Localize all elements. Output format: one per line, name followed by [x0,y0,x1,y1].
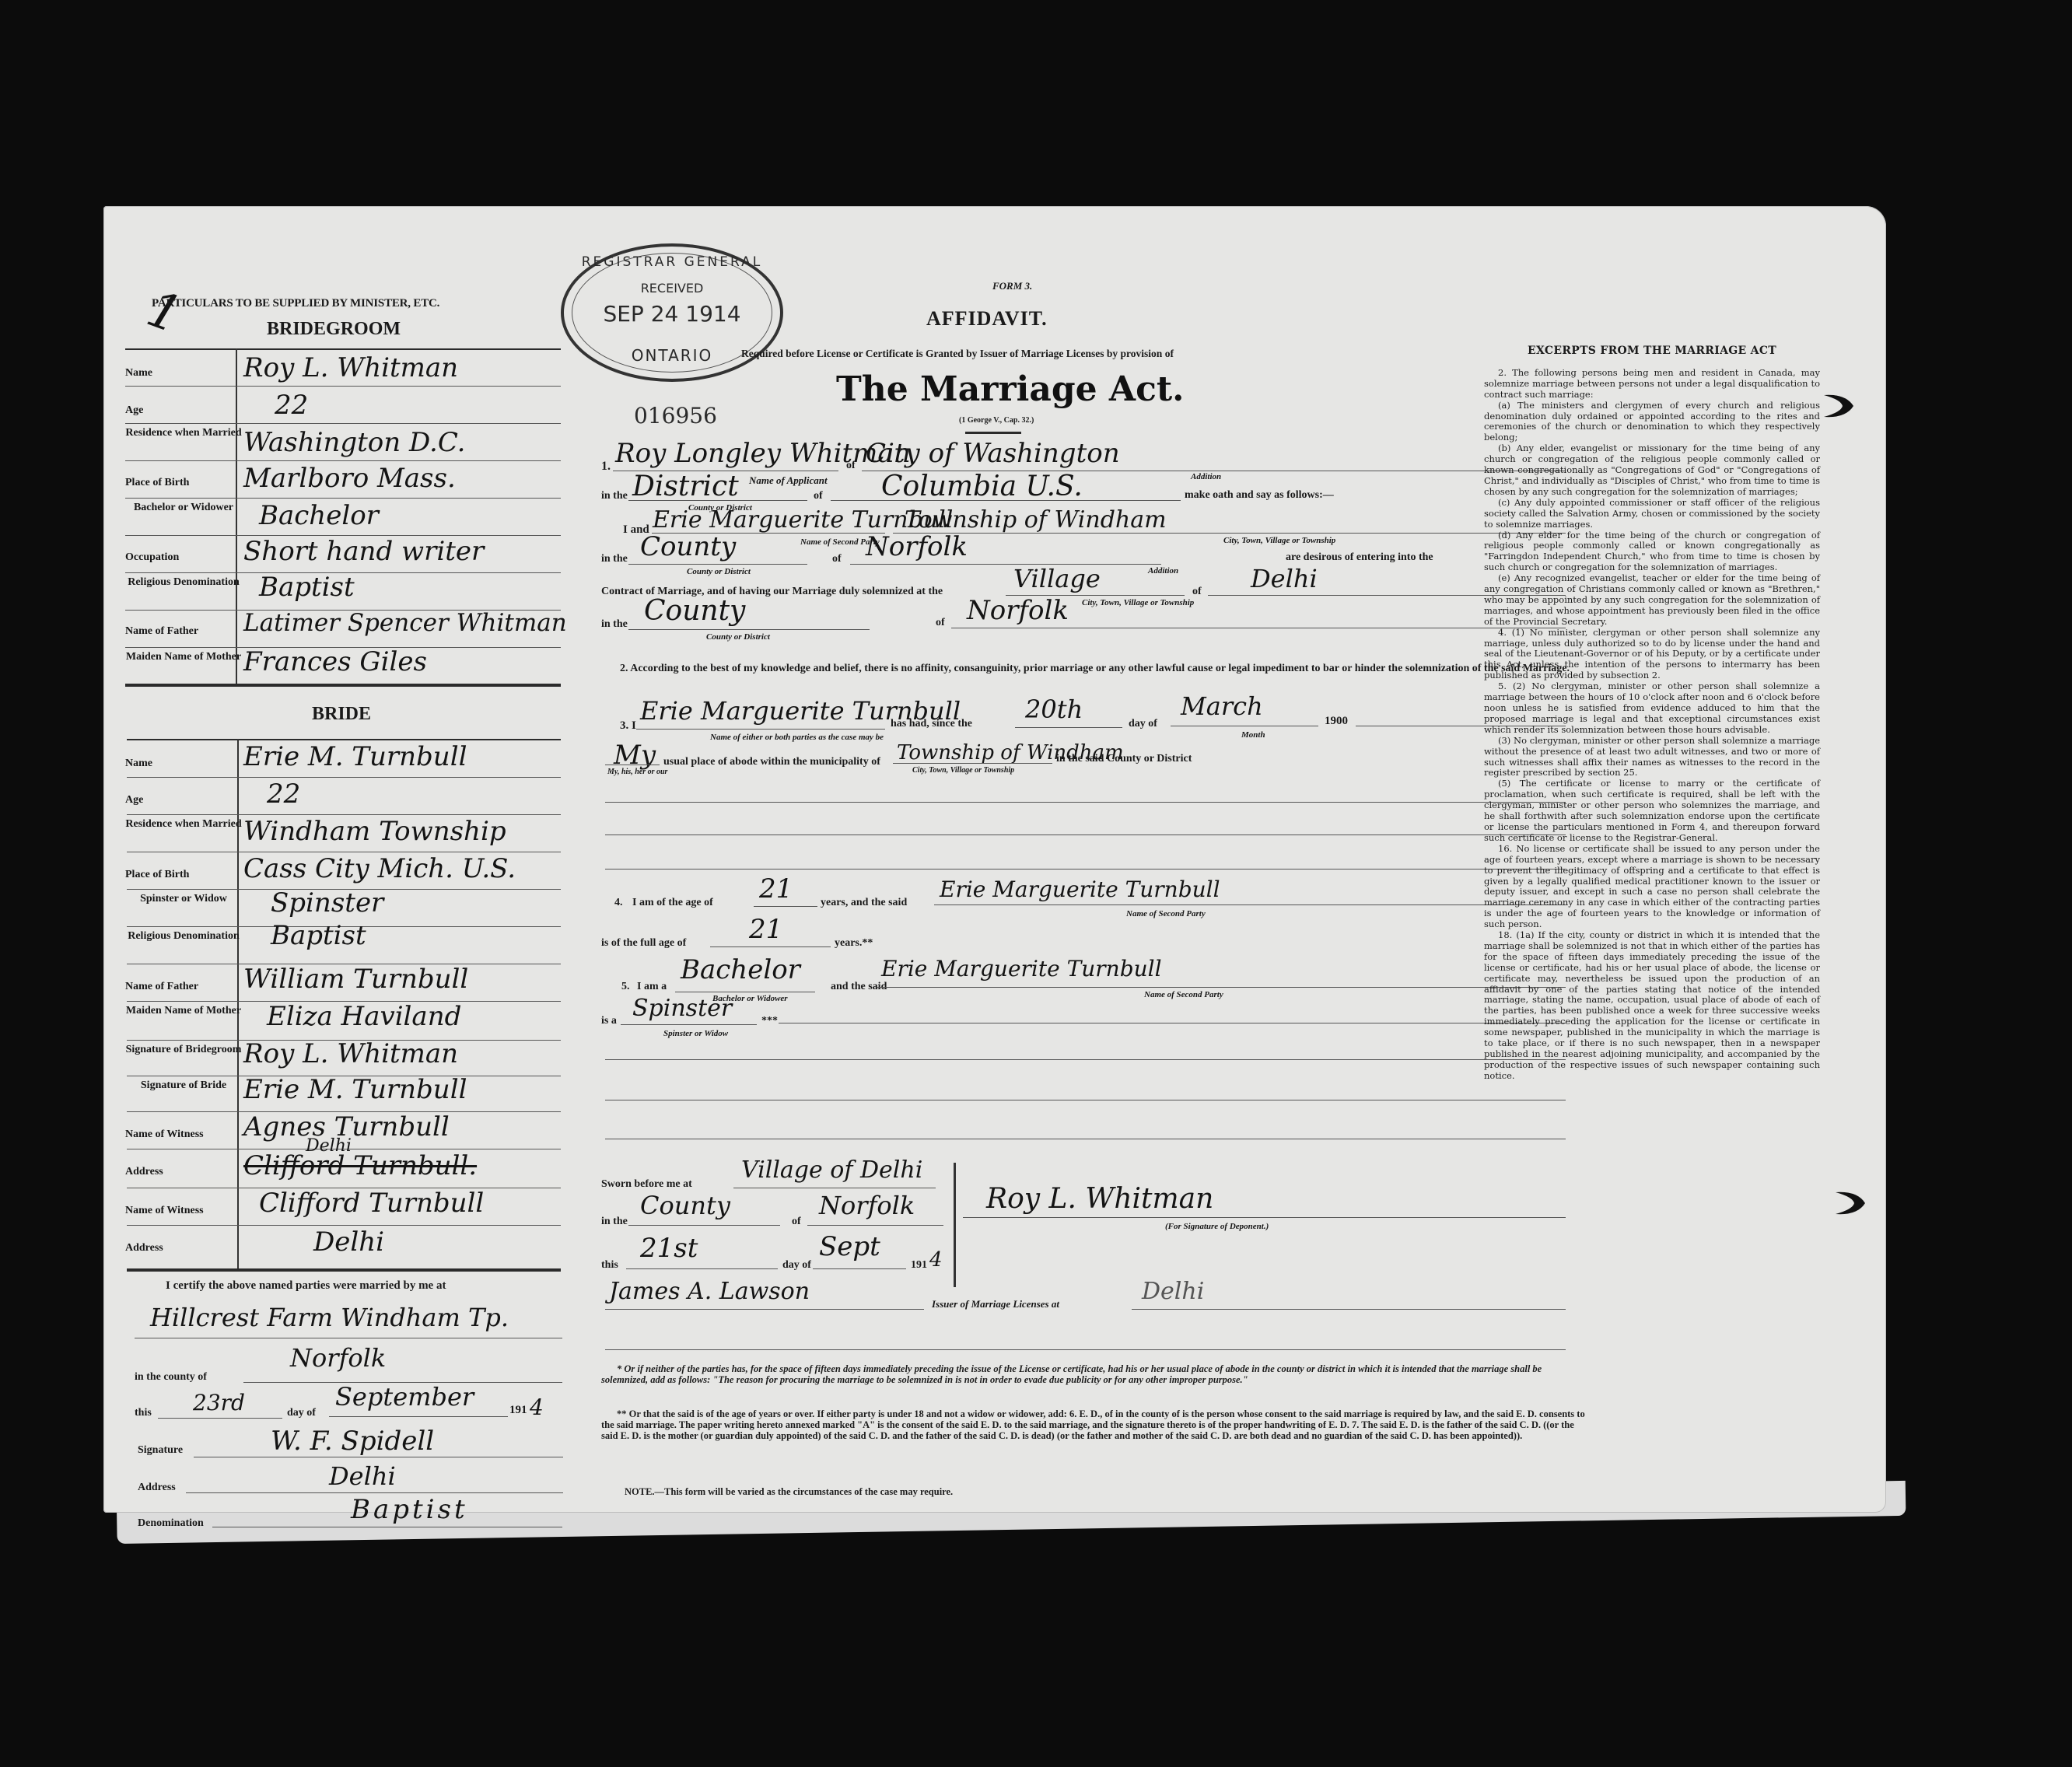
deponent-caption: (For Signature of Deponent.) [1165,1222,1269,1231]
divider [212,1527,562,1527]
clause-4-second-party: Erie Marguerite Turnbull [940,877,1220,902]
sworn-year-prefix: 191 [911,1259,927,1272]
officiant-signature: W. F. Spidell [271,1426,434,1457]
act-citation: (1 George V., Cap. 32.) [959,416,1034,425]
bridegroom-mother-value: Frances Giles [243,646,427,677]
excerpt-paragraph: 5. (2) No clergyman, minister or other p… [1484,681,1820,736]
of-label: of [792,1216,801,1228]
divider [605,835,1566,835]
officiant-signature-label: Signature [138,1444,183,1457]
divider [831,500,1181,501]
place-caption: City, Town, Village or Township [1223,536,1335,545]
divider [186,1492,563,1493]
bride-section-title: BRIDE [312,704,371,725]
second-party-county-name: Norfolk [866,531,968,562]
bride-religion-label: Religious Denomination [125,930,242,942]
witness1-name-label: Name of Witness [125,1128,242,1140]
marriage-affidavit-sheet: 1 PARTICULARS TO BE SUPPLIED BY MINISTER… [103,206,1886,1513]
sworn-year-suffix: 4 [929,1248,943,1272]
bridegroom-mother-label: Maiden Name of Mother [125,651,242,663]
excerpts-title: EXCERPTS FROM THE MARRIAGE ACT [1484,346,1820,357]
divider [605,1349,1566,1350]
divider [893,533,1566,534]
divider [127,852,561,852]
bridegroom-age-label: Age [125,404,242,416]
bridegroom-status-label: Bachelor or Widower [125,502,242,513]
officiant-address: Delhi [329,1461,396,1491]
issuer-signature: James A. Lawson [609,1278,810,1305]
in-the-label: in the [601,490,628,502]
excerpt-paragraph: 18. (1a) If the city, county or district… [1484,930,1820,1082]
bridegroom-occupation-label: Occupation [125,551,242,563]
divider [605,1100,1566,1100]
divider [605,1139,1566,1139]
divider [628,500,807,501]
excerpt-paragraph: 2. The following persons being men and r… [1484,368,1820,401]
certification-statement: I certify the above named parties were m… [166,1279,446,1293]
form-label: FORM 3. [992,280,1032,292]
solemnization-place-name: Delhi [1251,564,1318,593]
month-caption: Month [1241,730,1265,740]
witness2-address-value: Delhi [313,1226,384,1258]
bride-father-value: William Turnbull [243,964,468,995]
bride-birthplace-label: Place of Birth [125,869,242,880]
clause-5-text-c: is a [601,1015,617,1027]
registration-number: 016956 [634,403,717,429]
marriage-place: Hillcrest Farm Windham Tp. [150,1303,509,1332]
applicant-age: 21 [759,873,793,904]
clause-5-text-a: I am a [637,981,667,993]
witness2-name-label: Name of Witness [125,1205,242,1216]
pronoun-caption: My, his, her or our [607,768,667,776]
clause-2-text: 2. According to the best of my knowledge… [601,662,1573,676]
clause-1-number: 1. [601,460,611,474]
binder-clip-mark-icon [1822,389,1857,423]
act-title: The Marriage Act. [836,369,1185,409]
bridegroom-age-value: 22 [275,390,308,421]
bride-age-label: Age [125,794,242,806]
footnote-double-asterisk: ** Or that the said is of the age of yea… [601,1408,1585,1441]
of-label: of [832,553,842,565]
sworn-month: Sept [819,1231,880,1262]
clause-3-pronoun: My [614,740,656,771]
particulars-header: PARTICULARS TO BE SUPPLIED BY MINISTER, … [152,297,439,310]
bride-residence-label: Residence when Married [125,818,242,830]
clause-4-text-a: I am of the age of [632,897,713,909]
divider [125,348,561,350]
deponent-signature: Roy L. Whitman [986,1183,1213,1215]
affidavit-subtitle: Required before License or Certificate i… [741,348,1174,360]
excerpt-paragraph: (d) Any elder for the time being of the … [1484,530,1820,574]
marriage-county: Norfolk [290,1343,386,1373]
second-party-marital-status: Spinster [632,995,732,1022]
of-label: of [1192,586,1202,598]
sheet-number-mark: 1 [140,280,190,345]
sworn-county-name: Norfolk [819,1191,915,1220]
clause-3-abode-text: usual place of abode within the municipa… [663,756,880,768]
status-caption: Spinster or Widow [663,1029,728,1038]
witness2-name-value: Clifford Turnbull [259,1188,484,1219]
applicant-marital-status: Bachelor [681,954,800,985]
bride-mother-value: Eliza Haviland [267,1001,461,1032]
marriage-year-prefix: 191 [509,1404,527,1417]
bridegroom-birthplace-label: Place of Birth [125,477,242,488]
this-label: this [135,1407,152,1419]
marriage-month: September [335,1382,474,1412]
divider [125,386,561,387]
second-party-place: Township of Windham [905,506,1167,534]
divider [779,1023,1566,1023]
bride-signature-value: Erie M. Turnbull [243,1074,467,1105]
county-caption: County or District [706,632,770,642]
bride-name-label: Name [125,758,242,769]
addition-caption: Addition [1148,566,1178,576]
divider [135,1338,562,1338]
divider [636,729,885,730]
solemnization-caption: City, Town, Village or Township [1082,598,1194,607]
divider [605,1309,924,1310]
excerpt-paragraph: (c) Any duly appointed commissioner or s… [1484,498,1820,530]
excerpt-paragraph: (5) The certificate or license to marry … [1484,779,1820,843]
of-label: of [936,617,945,629]
footnote-single-asterisk: * Or if neither of the parties has, for … [601,1363,1585,1385]
bridegroom-residence-label: Residence when Married [125,427,242,439]
excerpt-paragraph: 4. (1) No minister, clergyman or other p… [1484,628,1820,682]
divider [127,1225,561,1226]
day-of-label: day of [1129,718,1157,730]
divider [1015,727,1122,728]
binder-clip-mark-icon [1834,1186,1868,1220]
divider [807,1225,943,1226]
county-label: in the county of [135,1371,207,1384]
bride-father-label: Name of Father [125,981,242,992]
marriage-act-excerpts: EXCERPTS FROM THE MARRIAGE ACT 2. The fo… [1484,346,1820,1082]
officiant-address-label: Address [138,1482,176,1494]
groom-signature-label: Signature of Bridegroom [125,1044,242,1055]
bridegroom-occupation-value: Short hand writer [243,536,484,567]
bridegroom-religion-label: Religious Denomination [125,576,242,588]
divider [158,1418,282,1419]
applicant-county-name: Columbia U.S. [881,471,1083,502]
clause-5-marks: *** [761,1015,778,1027]
excerpt-paragraph: (3) No clergyman, minister or other pers… [1484,736,1820,779]
county-caption: County or District [687,567,751,576]
witness1-address-label: Address [125,1166,242,1177]
solemnization-place-type: Village [1013,564,1101,593]
divider [1171,726,1318,726]
bride-age-value: 22 [267,779,300,810]
divider [127,814,561,815]
applicant-county-type: District [632,471,739,502]
divider [965,432,1021,434]
stamp-received-text: RECEIVED [564,281,780,296]
divider [675,992,815,992]
solemnization-county-name: Norfolk [967,595,1069,626]
witness2-address-label: Address [125,1242,242,1254]
divider [605,1059,1566,1060]
clause-3-number: 3. I [620,719,636,733]
bridegroom-status-value: Bachelor [259,500,379,531]
groom-signature-value: Roy L. Whitman [243,1038,458,1069]
residence-since-month: March [1181,691,1263,721]
excerpt-paragraph: (e) Any recognized evangelist, teacher o… [1484,573,1820,628]
clause-3-name-caption: Name of either or both parties as the ca… [710,733,884,742]
bridegroom-name-label: Name [125,367,242,379]
day-of-label: day of [782,1259,811,1272]
affidavit-title: AFFIDAVIT. [926,307,1048,331]
in-the-label: in the [601,553,628,565]
of-label: of [814,490,823,502]
in-the-label: in the [601,1216,628,1228]
divider [605,802,1566,803]
form-note: NOTE.—This form will be varied as the ci… [625,1486,1608,1497]
second-party-county-type: County [640,531,736,562]
bridegroom-religion-value: Baptist [259,572,355,603]
divider [877,987,1566,988]
divider [951,628,1566,628]
divider [850,564,1161,565]
divider [893,763,1052,764]
bride-status-value: Spinster [271,887,383,918]
sworn-place: Village of Delhi [741,1156,922,1184]
bridegroom-name-value: Roy L. Whitman [243,352,458,383]
issuer-place: Delhi [1142,1278,1204,1305]
bridegroom-section-title: BRIDEGROOM [267,319,401,340]
bridegroom-father-label: Name of Father [125,625,242,637]
divider [710,946,831,947]
divider [626,1268,778,1269]
excerpt-paragraph: (b) Any elder, evangelist or missionary … [1484,443,1820,498]
marriage-day: 23rd [193,1390,245,1415]
clause-3-tail-text: in the said County or District [1056,753,1192,765]
divider [125,498,561,499]
sworn-label: Sworn before me at [601,1178,692,1191]
divider [733,1188,936,1188]
registrar-received-stamp: REGISTRAR GENERAL RECEIVED SEP 24 1914 O… [561,243,783,382]
clause-4-text-b: years, and the said [821,897,907,909]
divider [125,460,561,461]
divider [125,684,561,687]
divider [194,1457,563,1457]
officiant-denomination-label: Denomination [138,1517,204,1530]
second-party-caption: Name of Second Party [1144,990,1223,999]
marriage-year-suffix: 4 [530,1394,544,1420]
sworn-day: 21st [640,1233,698,1264]
bridegroom-birthplace-value: Marlboro Mass. [243,463,456,494]
applicant-place: City of Washington [866,438,1120,469]
desirous-text: are desirous of entering into the [1286,551,1433,564]
oath-text: make oath and say as follows:— [1185,489,1334,502]
bride-birthplace-value: Cass City Mich. U.S. [243,853,516,884]
clause-5-second-party: Erie Marguerite Turnbull [881,956,1162,981]
divider [127,777,561,778]
officiant-denomination: Baptist [351,1494,468,1525]
divider [621,1024,757,1025]
addition-caption: Addition [1191,472,1221,481]
excerpt-paragraph: (a) The ministers and clergymen of every… [1484,401,1820,444]
excerpt-paragraph: 16. No license or certificate shall be i… [1484,844,1820,930]
divider [934,904,1566,905]
divider [329,1416,508,1417]
clause-4-number: 4. [614,897,623,909]
divider [754,906,817,907]
divider [605,869,1566,870]
bride-religion-value: Baptist [271,920,366,951]
divider [813,1268,906,1269]
municipality-caption: City, Town, Village or Township [912,766,1014,775]
divider [125,423,561,424]
residence-since-day: 20th [1025,695,1083,724]
stamp-top-text: REGISTRAR GENERAL [564,254,780,270]
bride-status-label: Spinster or Widow [125,893,242,904]
issuer-label: Issuer of Marriage Licenses at [932,1298,1059,1310]
sworn-county-type: County [640,1191,730,1220]
sworn-divider [954,1163,956,1287]
divider [1132,1309,1566,1310]
divider [628,564,807,565]
clause-3-has-text: has had, since the [891,718,972,730]
stamp-date: SEP 24 1914 [564,301,780,327]
bride-residence-value: Windham Township [243,816,506,847]
clause-4-text-c: is of the full age of [601,937,686,950]
of-label: of [846,460,856,472]
applicant-caption: Name of Applicant [749,474,828,487]
clause-4-text-d: years.** [835,937,873,950]
residence-since-year: 1900 [1325,715,1348,728]
second-party-age: 21 [749,914,782,945]
bride-mother-label: Maiden Name of Mother [125,1005,242,1016]
divider [127,1268,561,1272]
this-label: this [601,1259,618,1272]
bridegroom-father-value: Latimer Spencer Whitman [243,609,567,637]
witness1-address-struck-value: Clifford Turnbull. [243,1150,477,1181]
bridegroom-residence-value: Washington D.C. [243,427,465,458]
divider [628,629,870,630]
divider [628,1225,780,1226]
second-party-caption: Name of Second Party [1126,909,1206,918]
divider [127,739,561,740]
in-the-label: in the [601,618,628,631]
solemnization-county-type: County [644,595,745,627]
bride-signature-label: Signature of Bride [125,1079,242,1091]
day-of-label: day of [287,1407,316,1419]
divider [605,765,660,765]
clause-5-number: 5. [621,981,630,993]
divider [963,1217,1566,1218]
bride-name-value: Erie M. Turnbull [243,741,467,772]
